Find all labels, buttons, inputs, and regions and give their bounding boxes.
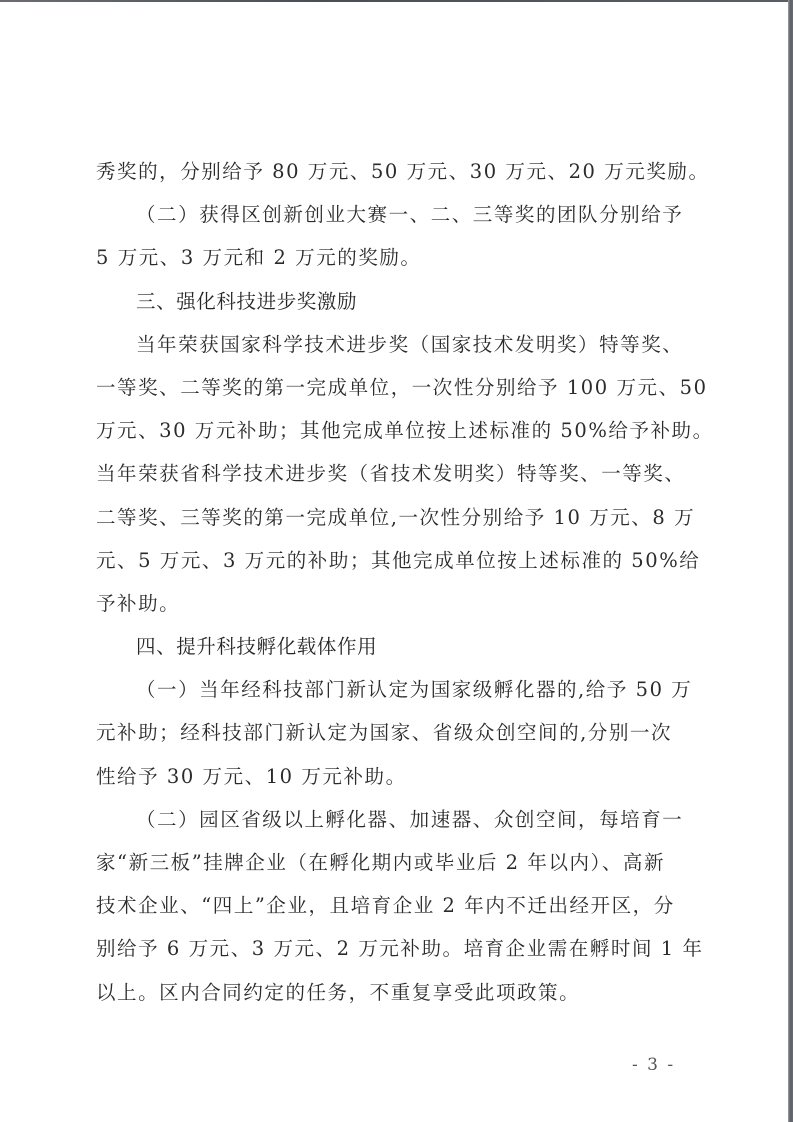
- text-line: 万元、30 万元补助；其他完成单位按上述标准的 50%给予补助。: [96, 409, 702, 452]
- paragraph-start-line: 当年荣获国家科学技术进步奖（国家技术发明奖）特等奖、: [96, 323, 702, 366]
- text-line: 性给予 30 万元、10 万元补助。: [96, 755, 702, 798]
- paragraph-start-line: （二）获得区创新创业大赛一、二、三等奖的团队分别给予: [96, 193, 702, 236]
- scan-edge-right: [788, 0, 793, 1122]
- text-line: 二等奖、三等奖的第一完成单位,一次性分别给予 10 万元、8 万: [96, 496, 702, 539]
- text-line: 5 万元、3 万元和 2 万元的奖励。: [96, 236, 702, 279]
- text-line: 以上。区内合同约定的任务，不重复享受此项政策。: [96, 971, 702, 1014]
- text-line: 元补助；经科技部门新认定为国家、省级众创空间的,分别一次: [96, 711, 702, 754]
- text-line: 一等奖、二等奖的第一完成单位，一次性分别给予 100 万元、50: [96, 366, 702, 409]
- paragraph-start-line: （一）当年经科技部门新认定为国家级孵化器的,给予 50 万: [96, 668, 702, 711]
- paragraph-start-line: （二）园区省级以上孵化器、加速器、众创空间，每培育一: [96, 798, 702, 841]
- text-line: 技术企业、“四上”企业，且培育企业 2 年内不迁出经开区，分: [96, 884, 702, 927]
- section-heading-3: 三、强化科技进步奖激励: [96, 280, 702, 323]
- text-line: 予补助。: [96, 582, 702, 625]
- text-line: 当年荣获省科学技术进步奖（省技术发明奖）特等奖、一等奖、: [96, 452, 702, 495]
- page-number: - 3 -: [632, 1055, 675, 1075]
- section-heading-4: 四、提升科技孵化载体作用: [96, 625, 702, 668]
- scan-edge-top: [0, 0, 793, 2]
- text-line: 别给予 6 万元、3 万元、2 万元补助。培育企业需在孵时间 1 年: [96, 927, 702, 970]
- document-page-body: 秀奖的，分别给予 80 万元、50 万元、30 万元、20 万元奖励。 （二）获…: [96, 150, 702, 1014]
- text-line: 元、5 万元、3 万元的补助；其他完成单位按上述标准的 50%给: [96, 539, 702, 582]
- text-line: 家“新三板”挂牌企业（在孵化期内或毕业后 2 年以内）、高新: [96, 841, 702, 884]
- text-line: 秀奖的，分别给予 80 万元、50 万元、30 万元、20 万元奖励。: [96, 150, 702, 193]
